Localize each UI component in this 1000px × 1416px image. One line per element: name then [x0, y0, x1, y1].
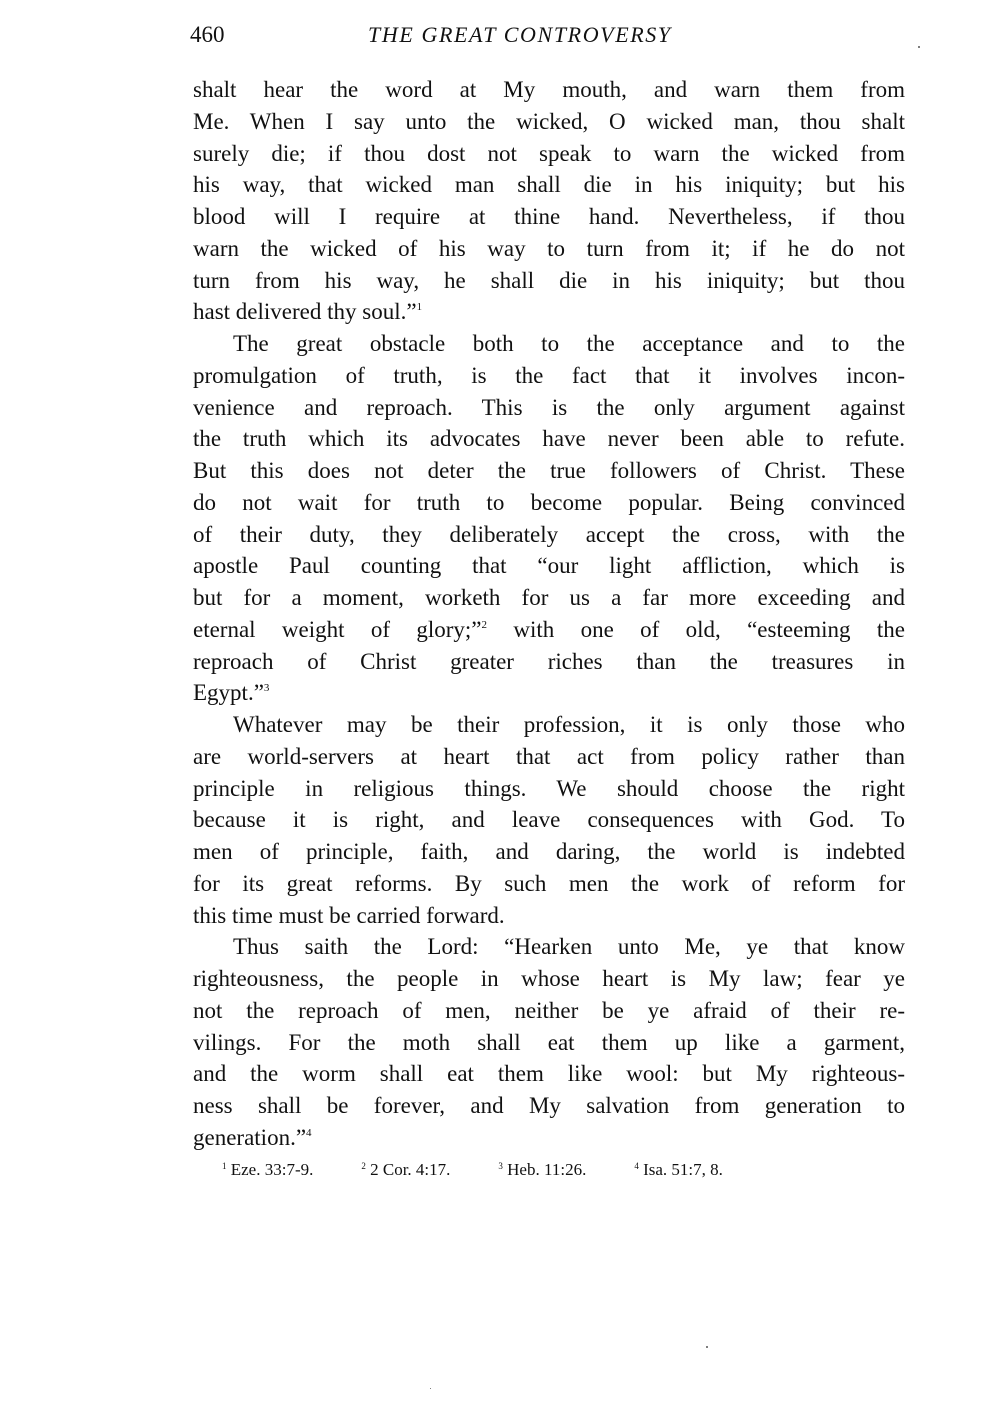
text-line: for its great reforms. By such men the w… [193, 868, 905, 900]
text-line: surely die; if thou dost not speak to wa… [193, 138, 905, 170]
text-line: not the reproach of men, neither be ye a… [193, 995, 905, 1027]
footnote-marker: 3 [264, 682, 270, 694]
text-line: righteousness, the people in whose heart… [193, 963, 905, 995]
text-line: But this does not deter the true followe… [193, 455, 905, 487]
text-line: this time must be carried forward. [193, 900, 905, 932]
paragraph: Thus saith the Lord: “Hearken unto Me, y… [193, 931, 905, 1153]
footnote-reference: 3 Heb. 11:26. [498, 1160, 586, 1180]
running-title: THE GREAT CONTROVERSY [368, 22, 672, 48]
text-line: shalt hear the word at My mouth, and war… [193, 74, 905, 106]
footnote-marker: 1 [417, 301, 423, 313]
text-line: of their duty, they deliberately accept … [193, 519, 905, 551]
text-line: men of principle, faith, and daring, the… [193, 836, 905, 868]
paragraph: Whatever may be their profession, it is … [193, 709, 905, 931]
text-line: eternal weight of glory;”2 with one of o… [193, 614, 905, 646]
page-number: 460 [190, 22, 225, 48]
text-line: his way, that wicked man shall die in hi… [193, 169, 905, 201]
text-line: hast delivered thy soul.”1 [193, 296, 905, 328]
text-line: and the worm shall eat them like wool: b… [193, 1058, 905, 1090]
text-line: Egypt.”3 [193, 677, 905, 709]
paragraph: shalt hear the word at My mouth, and war… [193, 74, 905, 328]
scan-speck [430, 1388, 431, 1389]
text-line: reproach of Christ greater riches than t… [193, 646, 905, 678]
text-line: because it is right, and leave consequen… [193, 804, 905, 836]
footnote-marker: 2 [482, 619, 488, 631]
footnote-marker: 4 [306, 1127, 312, 1139]
text-line: principle in religious things. We should… [193, 773, 905, 805]
text-line: venience and reproach. This is the only … [193, 392, 905, 424]
book-page: 460 THE GREAT CONTROVERSY shalt hear the… [0, 0, 1000, 1416]
footnote-text: Eze. 33:7-9. [227, 1160, 314, 1179]
footnotes: 1 Eze. 33:7-9.2 2 Cor. 4:17.3 Heb. 11:26… [222, 1160, 902, 1180]
page-header: 460 THE GREAT CONTROVERSY [190, 22, 910, 54]
scan-speck [918, 46, 920, 48]
text-line: but for a moment, worketh for us a far m… [193, 582, 905, 614]
scan-speck [706, 1346, 708, 1348]
text-line: are world-servers at heart that act from… [193, 741, 905, 773]
text-line: blood will I require at thine hand. Neve… [193, 201, 905, 233]
text-line: Thus saith the Lord: “Hearken unto Me, y… [193, 931, 905, 963]
text-line: The great obstacle both to the acceptanc… [193, 328, 905, 360]
paragraph: The great obstacle both to the acceptanc… [193, 328, 905, 709]
text-line: apostle Paul counting that “our light af… [193, 550, 905, 582]
text-line: ness shall be forever, and My salvation … [193, 1090, 905, 1122]
text-line: promulgation of truth, is the fact that … [193, 360, 905, 392]
footnote-text: Isa. 51:7, 8. [639, 1160, 723, 1179]
body-text: shalt hear the word at My mouth, and war… [193, 74, 905, 1154]
text-line: do not wait for truth to become popular.… [193, 487, 905, 519]
text-line: generation.”4 [193, 1122, 905, 1154]
text-line: warn the wicked of his way to turn from … [193, 233, 905, 265]
footnote-text: 2 Cor. 4:17. [366, 1160, 451, 1179]
footnote-reference: 1 Eze. 33:7-9. [222, 1160, 313, 1180]
footnote-text: Heb. 11:26. [503, 1160, 586, 1179]
text-line: vilings. For the moth shall eat them up … [193, 1027, 905, 1059]
text-line: the truth which its advocates have never… [193, 423, 905, 455]
text-line: Whatever may be their profession, it is … [193, 709, 905, 741]
text-line: turn from his way, he shall die in his i… [193, 265, 905, 297]
footnote-reference: 2 2 Cor. 4:17. [361, 1160, 450, 1180]
text-line: Me. When I say unto the wicked, O wicked… [193, 106, 905, 138]
footnote-reference: 4 Isa. 51:7, 8. [634, 1160, 723, 1180]
